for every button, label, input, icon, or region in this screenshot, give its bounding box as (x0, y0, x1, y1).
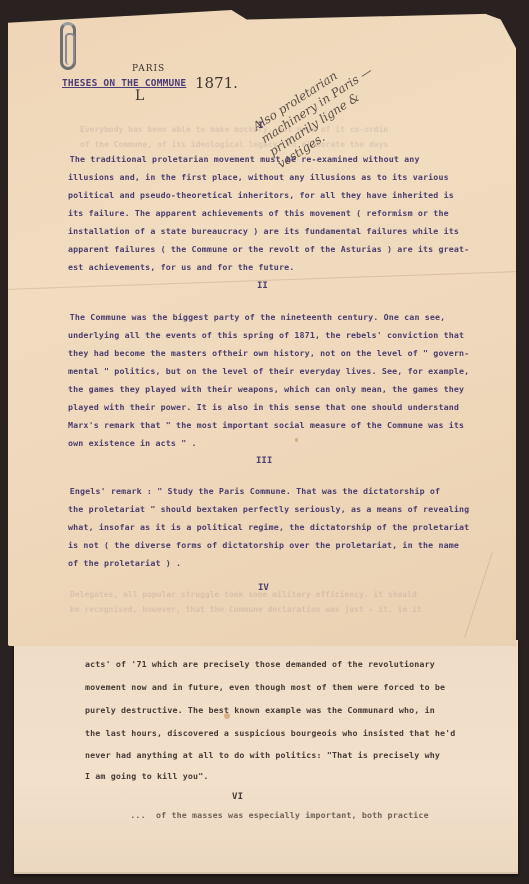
text-line: underlying all the events of this spring… (68, 326, 518, 344)
text-line: The Commune was the biggest party of the… (44, 308, 494, 326)
text-line: Marx's remark that " the most important … (68, 416, 518, 434)
ink-spot (295, 438, 298, 442)
text-line: played with their power. It is also in t… (68, 398, 518, 416)
text-line-partial: ... of the masses was especially importa… (120, 806, 429, 825)
text-line: the last hours, discovered a suspicious … (85, 724, 455, 743)
text-line: the games they played with their weapons… (68, 380, 518, 398)
text-line: own existence in acts " . (68, 434, 518, 452)
text-line: purely destructive. The best known examp… (85, 701, 435, 720)
section-numeral: III (256, 456, 272, 466)
handwritten-year: 1871. (195, 74, 238, 92)
section-numeral: IV (258, 583, 269, 593)
paperclip-icon (60, 22, 76, 70)
text-line: its failure. The apparent achievements o… (68, 204, 518, 222)
section-numeral: VI (232, 788, 243, 807)
text-line: The traditional proletarian movement mus… (44, 150, 494, 168)
text-line: illusions and, in the first place, witho… (68, 168, 518, 186)
section-numeral: I (258, 121, 263, 131)
text-line: of the proletariat ) . (68, 554, 518, 572)
text-line: installation of a state bureaucracy ) ar… (68, 222, 518, 240)
text-line: what, insofar as it is a political regim… (68, 518, 518, 536)
handwritten-insertion: PARIS (132, 64, 165, 74)
show-through-text: Delegates, all popular struggle took som… (70, 590, 417, 599)
text-line: political and pseudo-theoretical inherit… (68, 186, 518, 204)
document-title: THESES ON THE COMMUNE (62, 78, 186, 89)
text-line: I am going to kill you". (85, 767, 208, 786)
text-line: est achievements, for us and for the fut… (68, 258, 518, 276)
text-line: the proletariat " should bextaken perfec… (68, 500, 518, 518)
caret-mark: L (135, 88, 144, 104)
ink-stain (224, 713, 230, 719)
show-through-text: of the Commune, of its ideological legac… (80, 140, 388, 149)
text-line: is not ( the diverse forms of dictatorsh… (68, 536, 518, 554)
section-numeral: II (257, 281, 268, 291)
text-line: Engels' remark : " Study the Paris Commu… (44, 482, 494, 500)
text-line: apparent failures ( the Commune or the r… (68, 240, 518, 258)
text-line: movement now and in future, even though … (85, 678, 445, 697)
text-line: never had anything at all to do with pol… (85, 746, 440, 765)
text-line: mental " politics, but on the level of t… (68, 362, 518, 380)
text-line: they had become the masters oftheir own … (68, 344, 518, 362)
show-through-text: be recognised, however, that the Commune… (70, 605, 422, 614)
text-line: acts' of '71 which are precisely those d… (85, 655, 435, 674)
